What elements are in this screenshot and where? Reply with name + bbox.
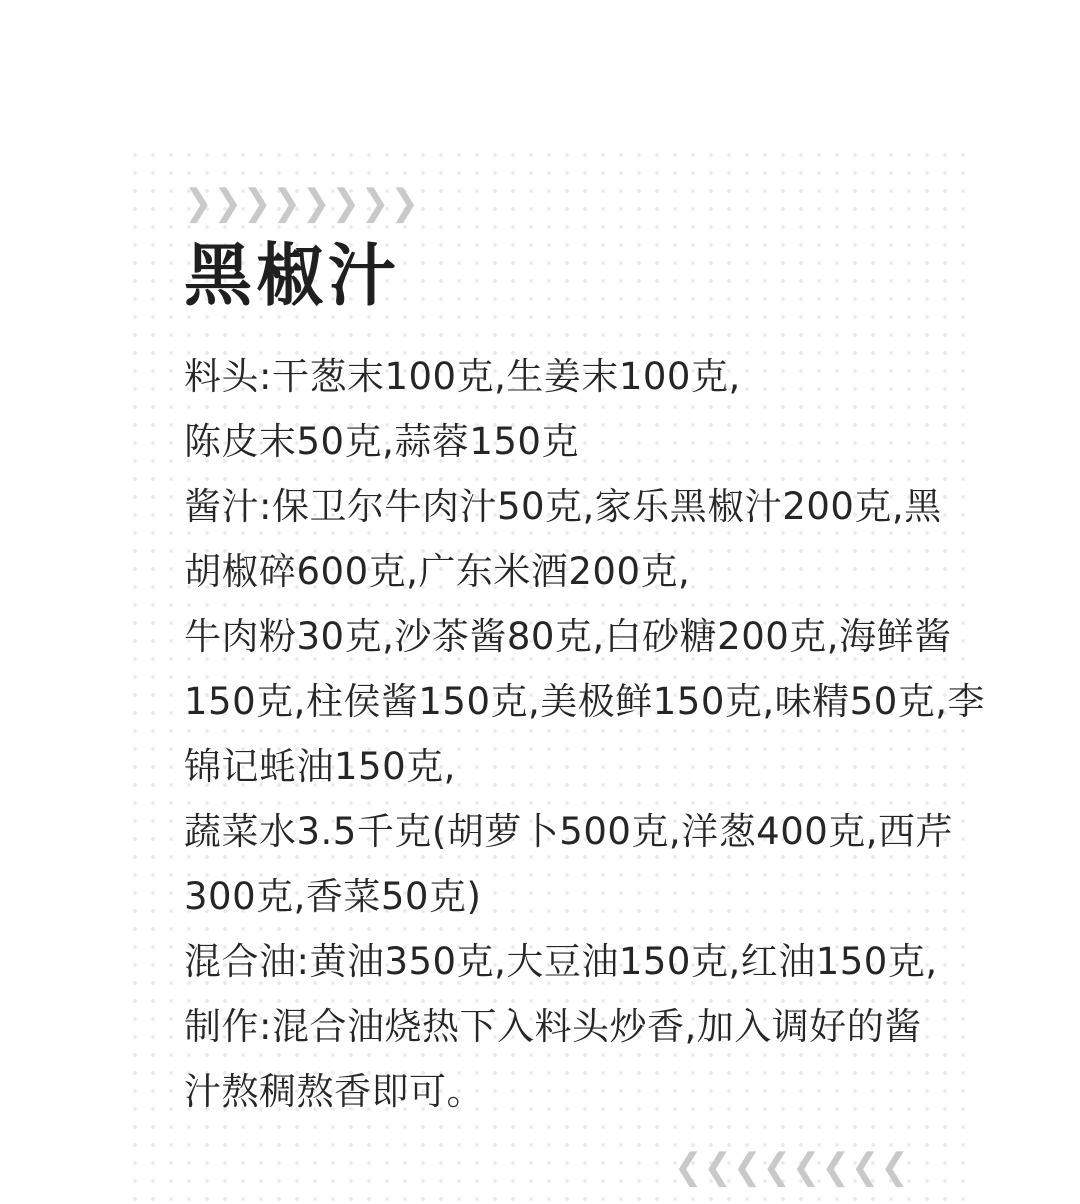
chevrons-right-icon: ❯❯❯❯❯❯❯❯: [184, 185, 420, 221]
recipe-line: 胡椒碎600克,广东米酒200克,: [184, 535, 894, 600]
recipe-line: 牛肉粉30克,沙茶酱80克,白砂糖200克,海鲜酱: [184, 600, 894, 665]
recipe-title: 黑椒汁: [184, 238, 400, 316]
recipe-page: ❯❯❯❯❯❯❯❯ 黑椒汁 料头:干葱末100克,生姜末100克, 陈皮末50克,…: [0, 0, 1080, 1204]
recipe-line: 料头:干葱末100克,生姜末100克,: [184, 340, 894, 405]
recipe-line: 300克,香菜50克): [184, 860, 894, 925]
recipe-line: 陈皮末50克,蒜蓉150克: [184, 405, 894, 470]
recipe-line: 混合油:黄油350克,大豆油150克,红油150克,: [184, 925, 894, 990]
recipe-line: 150克,柱侯酱150克,美极鲜150克,味精50克,李: [184, 665, 894, 730]
recipe-body: 料头:干葱末100克,生姜末100克, 陈皮末50克,蒜蓉150克 酱汁:保卫尔…: [184, 340, 894, 1120]
recipe-line: 蔬菜水3.5千克(胡萝卜500克,洋葱400克,西芹: [184, 795, 894, 860]
recipe-line: 制作:混合油烧热下入料头炒香,加入调好的酱: [184, 990, 894, 1055]
recipe-line: 锦记蚝油150克,: [184, 730, 894, 795]
recipe-line: 酱汁:保卫尔牛肉汁50克,家乐黑椒汁200克,黑: [184, 470, 894, 535]
chevrons-left-icon: ❮❮❮❮❮❮❮❮: [674, 1149, 910, 1185]
recipe-line: 汁熬稠熬香即可。: [184, 1055, 894, 1120]
